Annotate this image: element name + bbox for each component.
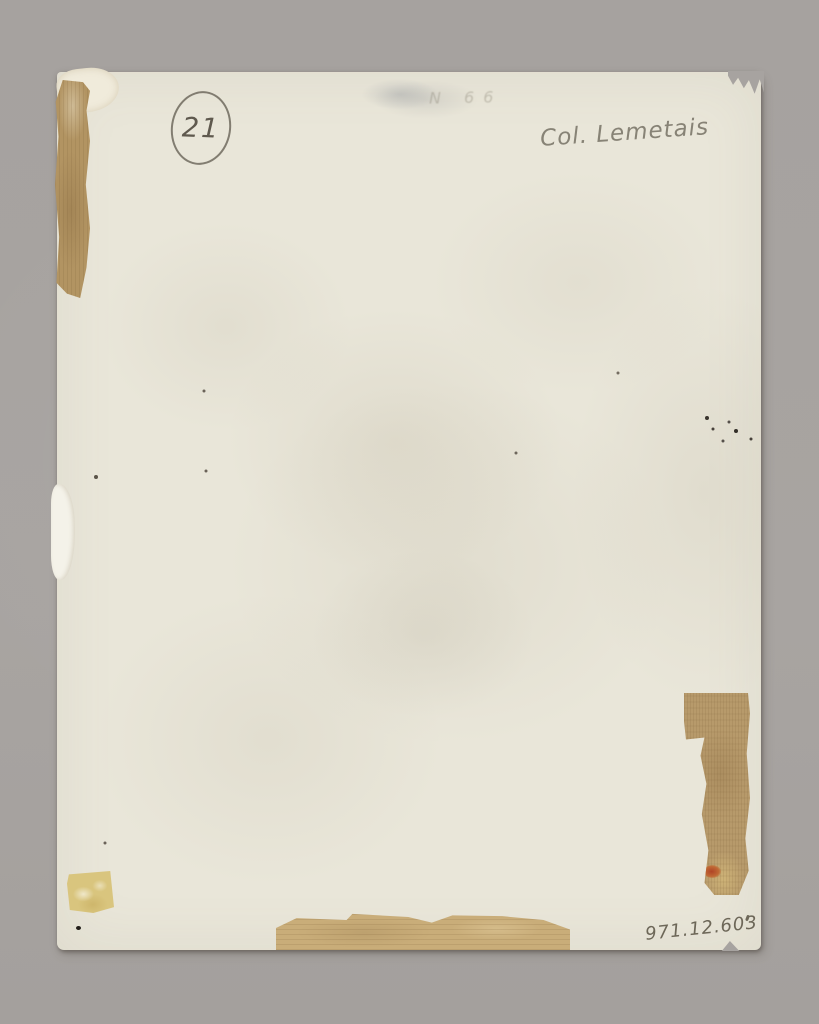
circled-number-value: 21: [181, 112, 220, 144]
red-stain-on-tape: [704, 865, 721, 878]
circled-number-annotation: 21: [166, 87, 237, 169]
adhesive-residue-bottom-left: [67, 871, 114, 913]
graphite-smudge-top-center: [339, 70, 484, 124]
collection-inscription: Col. Lemetais: [539, 114, 710, 152]
torn-edge-top-right: [728, 71, 764, 95]
tape-remnant-bottom: [276, 912, 570, 950]
tape-remnant-top-left: [55, 80, 90, 298]
photo-background: 21 N 66 Col. Lemetais 971.12.603: [0, 0, 819, 1024]
paper-sheet-verso: 21 N 66 Col. Lemetais 971.12.603: [57, 72, 761, 950]
chipped-edge-bottom-right: [720, 941, 742, 951]
ink-specks: [57, 72, 59, 74]
accession-number: 971.12.603: [644, 912, 759, 945]
ink-dot-bottom-left: [76, 926, 81, 930]
tape-remnant-right: [684, 693, 750, 895]
skinned-edge-left: [51, 484, 75, 580]
accession-tick-mark: [745, 915, 750, 922]
